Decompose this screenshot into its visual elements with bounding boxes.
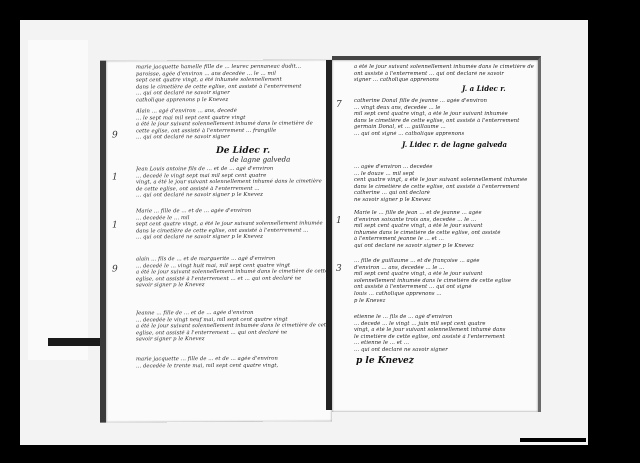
priest-signature: J. a Lidec r. — [462, 84, 506, 93]
margin-number: 3 — [336, 264, 342, 274]
open-register-book: marie jacquette hamelle fille de ... leu… — [100, 52, 540, 422]
signature-subtitle: de lagne galveda — [230, 156, 290, 164]
priest-signature: De Lidec r. — [216, 146, 270, 156]
burial-entry: Marie ... fille de ... et de ... agée d'… — [136, 207, 326, 241]
burial-entry: ... fille de guillaume ... et de françoi… — [354, 258, 534, 304]
margin-number: 1 — [112, 173, 118, 183]
right-page: a été le jour suivant solennellement inh… — [332, 56, 541, 412]
burial-entry: marie jacquette ... fille de ... et de .… — [136, 355, 326, 369]
background-panel — [28, 40, 88, 360]
priest-signature: p le Knevez — [356, 356, 414, 366]
margin-number: 1 — [336, 216, 342, 226]
margin-number: 7 — [336, 100, 342, 110]
margin-number: 1 — [112, 221, 118, 231]
margin-number: 9 — [112, 131, 118, 141]
scanner-bar-right — [520, 438, 586, 442]
burial-entry: marie jacquette hamelle fille de ... leu… — [136, 63, 326, 104]
burial-entry: Jeanne ... fille de ... et de ... agée d… — [136, 309, 326, 343]
margin-number: 9 — [112, 265, 118, 275]
burial-entry: Jean Louis antoine fils de ... et de ...… — [136, 165, 326, 199]
burial-entry: ... agée d'environ ... decedée ... le do… — [354, 164, 534, 204]
left-page: marie jacquette hamelle fille de ... leu… — [100, 59, 332, 422]
burial-entry: etienne le ... fils de ... agé d'environ… — [354, 314, 534, 354]
burial-entry: catherine Donal fille de jeanne ... agée… — [354, 98, 534, 138]
priest-signature: J. Lidec r. de lagne galveda — [402, 140, 507, 149]
burial-entry: Alain ... agé d'environ ... ans, decedé … — [136, 107, 326, 141]
burial-entry: alain ... fils de ... et de marguerite .… — [136, 255, 326, 289]
burial-entry: Marie le ... fille de jean ... et de jea… — [354, 210, 534, 250]
burial-entry: a été le jour suivant solennellement inh… — [354, 64, 534, 84]
